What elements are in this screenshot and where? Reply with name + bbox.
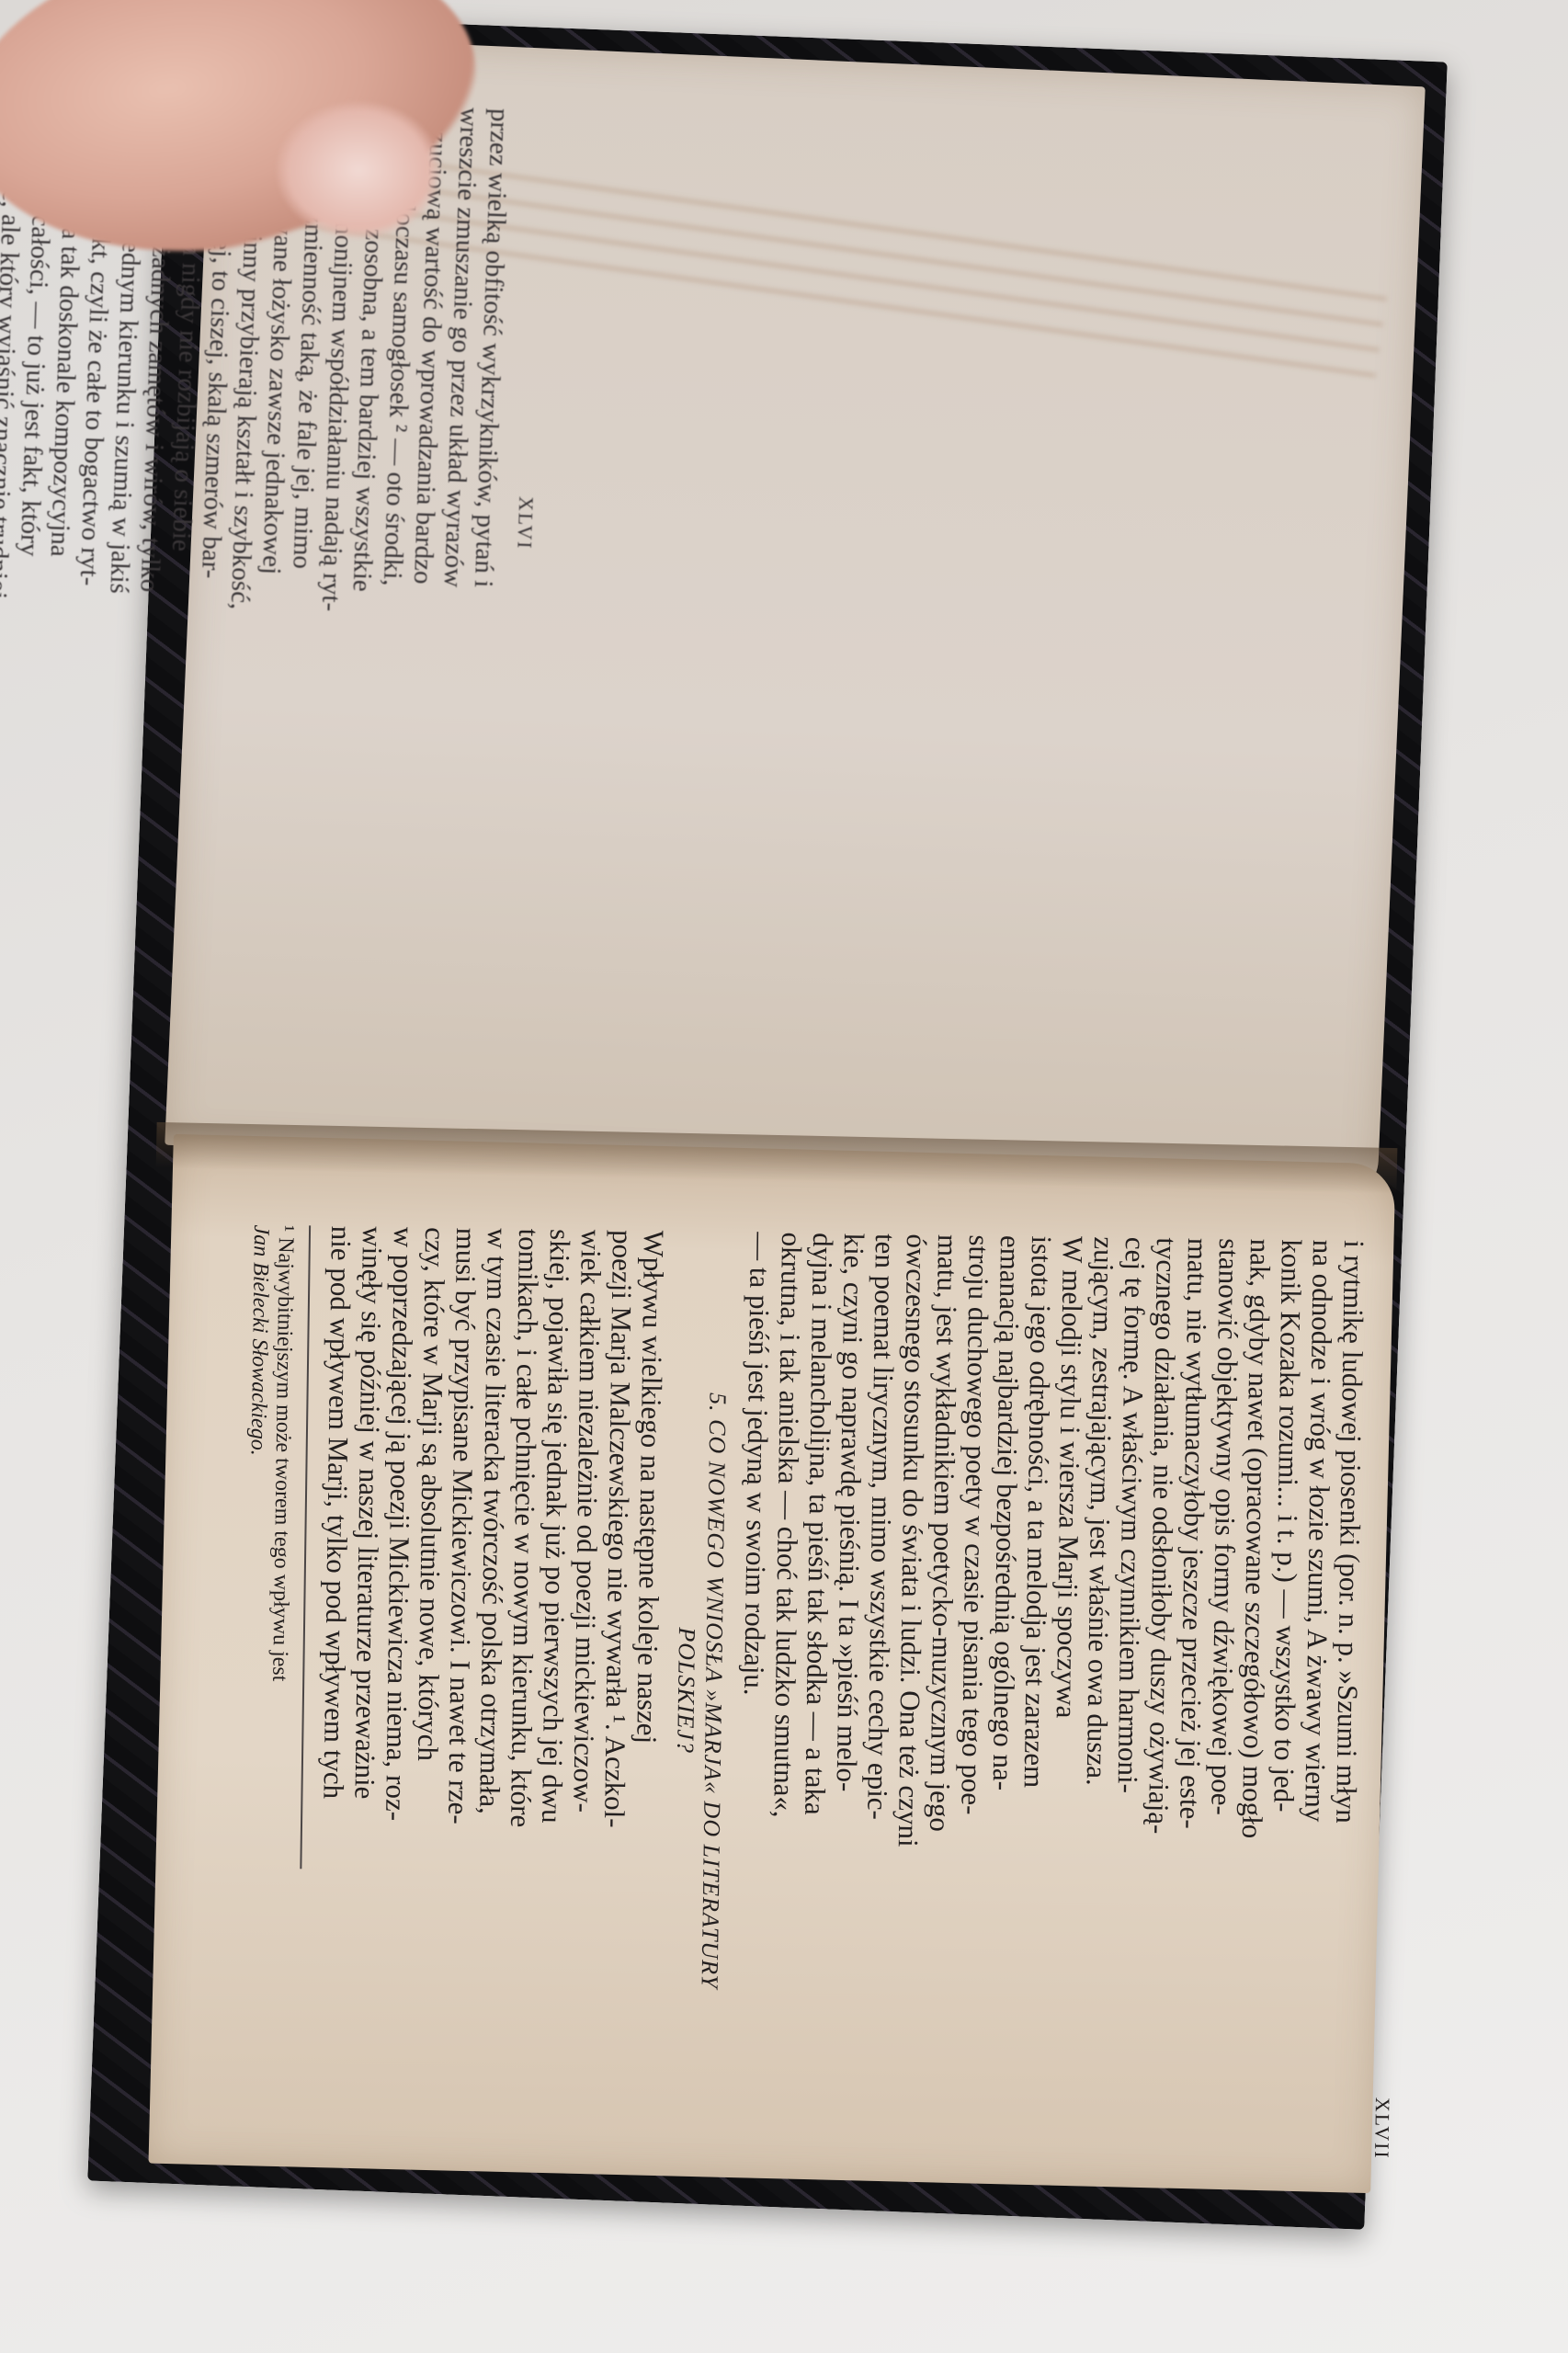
lower-body-1: i rytmikę ludowej piosenki (por. n. p. »… (732, 1232, 1369, 2159)
footnote-rule (300, 1225, 311, 1869)
lower-body-2: Wpływu wielkiego na następne koleje nasz… (312, 1226, 669, 2150)
lower-page-text: XLVII i rytmikę ludowej piosenki (por. n… (162, 1223, 1406, 2160)
section-heading: 5. CO NOWEGO WNIOSŁA »MARJA« DO LITERATU… (665, 1231, 733, 2151)
thumb (276, 101, 441, 239)
lower-footnotes: ¹ Najwybitniejszym może tworem tego wpły… (235, 1224, 298, 2144)
page-number-right: XLVII (1369, 1241, 1406, 2160)
